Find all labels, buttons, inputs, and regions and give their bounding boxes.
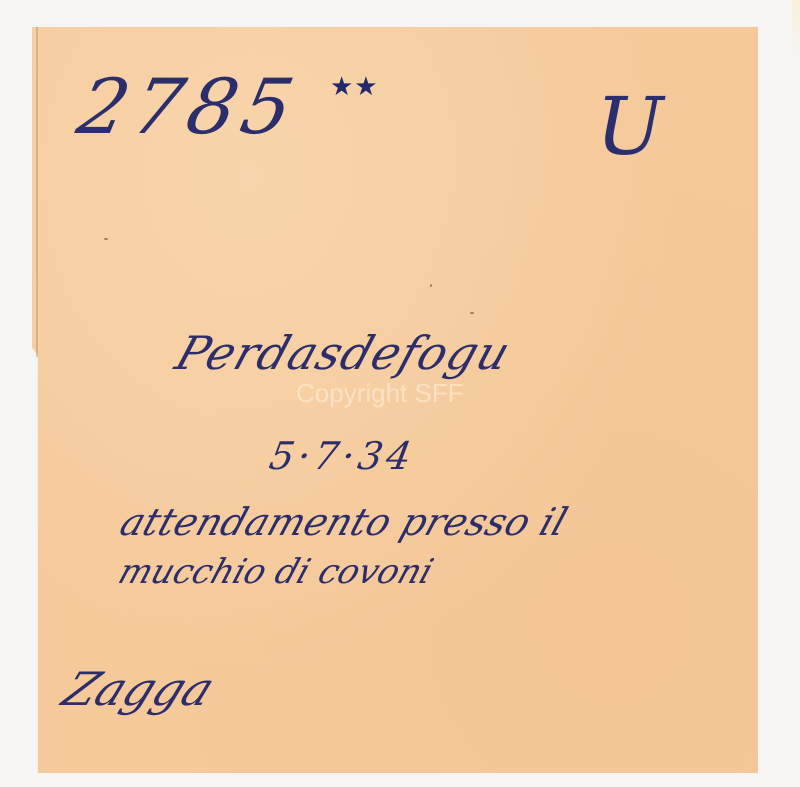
catalog-number: 2785 bbox=[71, 62, 307, 151]
habitat-note-line-2: mucchio di covoni bbox=[114, 552, 439, 592]
habitat-note-line-1: attendamento presso il bbox=[115, 500, 573, 544]
adjacent-sheet-edge bbox=[792, 0, 800, 60]
copyright-watermark: Copyright SFF bbox=[296, 378, 464, 409]
scan-background: 2785 ★★ U Perdasdefogu Copyright SFF 5·7… bbox=[0, 0, 800, 787]
paper-fold-line bbox=[36, 27, 38, 357]
locality-text: Perdasdefogu bbox=[169, 326, 518, 380]
paper-speck bbox=[104, 238, 108, 240]
collection-date: 5·7·34 bbox=[266, 434, 419, 478]
paper-speck bbox=[430, 284, 432, 287]
collector-name: Zagga bbox=[55, 662, 223, 716]
category-letter: U bbox=[596, 80, 663, 173]
star-marks: ★★ bbox=[330, 72, 379, 102]
paper-speck bbox=[470, 312, 474, 314]
